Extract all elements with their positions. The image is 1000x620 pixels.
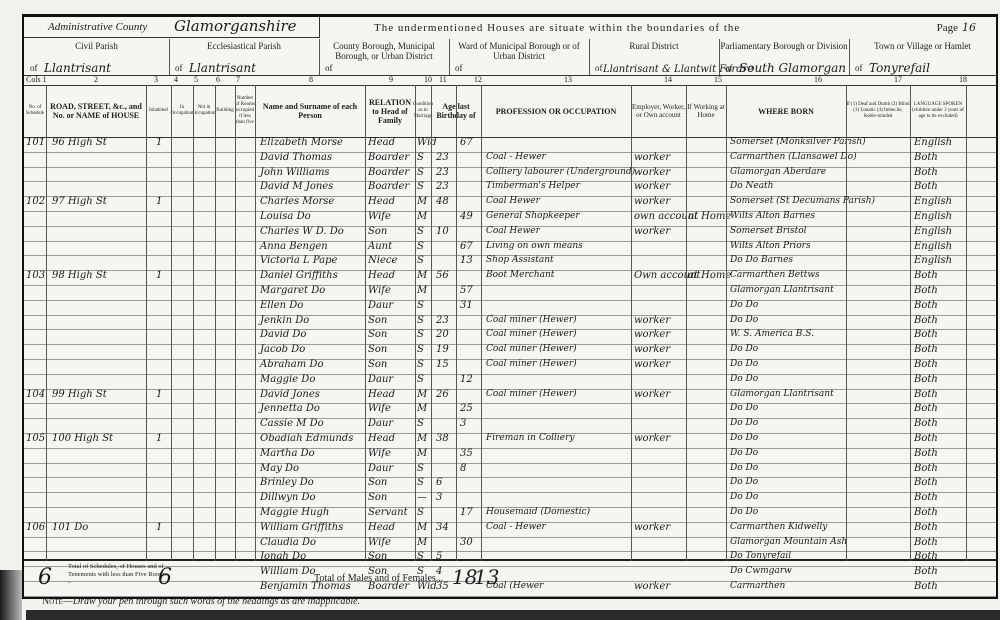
address: 97 High St (52, 196, 107, 207)
person-name: Obadiah Edmunds (260, 433, 353, 444)
person-name: Cassie M Do (260, 418, 324, 429)
header-building: Building (215, 85, 236, 137)
schedule-number: 103 (26, 270, 45, 281)
col-num: 6 (216, 75, 220, 84)
person-name: Maggie Hugh (260, 507, 329, 518)
relation: Wife (368, 285, 391, 296)
grid-line (686, 85, 687, 561)
marital-condition: M (417, 270, 427, 281)
language: Both (914, 537, 938, 548)
marital-condition: S (417, 152, 424, 163)
grid-line (631, 85, 632, 561)
grid-line (726, 85, 727, 561)
relation: Son (368, 359, 387, 370)
where-born: Do Do (730, 463, 758, 473)
marital-condition: M (417, 285, 427, 296)
table-row: Claudia DoWifeM30Glamorgan Mountain AshB… (24, 537, 996, 553)
col-num: 5 (194, 75, 198, 84)
marital-condition: S (417, 329, 424, 340)
employer-status: worker (634, 196, 670, 207)
header-not-in-occupation: Not in Occupation (193, 85, 216, 137)
table-row: Margaret DoWifeM57Glamorgan LlantrisantB… (24, 285, 996, 301)
relation: Son (368, 315, 387, 326)
marital-condition: S (417, 463, 424, 474)
employer-status: worker (634, 181, 670, 192)
where-born: Do Do (730, 359, 758, 369)
language: Both (914, 389, 938, 400)
col-num: 7 (236, 75, 240, 84)
address: 101 Do (52, 522, 88, 533)
marital-condition: S (417, 477, 424, 488)
age-male: 3 (436, 492, 442, 503)
marital-condition: M (417, 522, 427, 533)
header-name: Name and Surname of each Person (255, 85, 366, 137)
language: Both (914, 344, 938, 355)
language: Both (914, 285, 938, 296)
where-born: Glamorgan Aberdare (730, 167, 826, 177)
language: English (914, 241, 952, 252)
table-row: 106101 Do1William GriffithsHeadM34Coal -… (24, 522, 996, 538)
relation: Daur (368, 374, 393, 385)
table-row: Martha DoWifeM35Do DoBoth (24, 448, 996, 464)
grid-line (846, 85, 847, 561)
relation: Head (368, 196, 395, 207)
marital-condition: S (417, 359, 424, 370)
age-male: 6 (436, 477, 442, 488)
person-name: Jennetta Do (260, 403, 320, 414)
person-name: Charles W D. Do (260, 226, 344, 237)
grid-line (966, 85, 967, 561)
inhabited: 1 (156, 522, 162, 533)
marital-condition: M (417, 448, 427, 459)
grid-line (235, 85, 236, 561)
employer-status: worker (634, 359, 670, 370)
working-at-home: at Home (688, 211, 731, 222)
table-row: Jennetta DoWifeM25Do DoBoth (24, 403, 996, 419)
total-schedules: 6 (38, 565, 52, 590)
age-male: 26 (436, 389, 449, 400)
relation: Head (368, 522, 395, 533)
occupation: General Shopkeeper (486, 211, 580, 221)
where-born: Carmarthen (Llansawel Do) (730, 152, 857, 162)
person-name: Martha Do (260, 448, 315, 459)
person-name: Margaret Do (260, 285, 325, 296)
language: Both (914, 374, 938, 385)
relation: Niece (368, 255, 397, 266)
age-male: 34 (436, 522, 449, 533)
occupation: Coal miner (Hewer) (486, 315, 577, 325)
where-born: Do Do (730, 300, 758, 310)
header-where-born: WHERE BORN (726, 85, 847, 137)
of-label: of (595, 63, 603, 73)
inhabited: 1 (156, 137, 162, 148)
marital-condition: S (417, 344, 424, 355)
table-row: Victoria L PapeNieceS13Shop AssistantDo … (24, 255, 996, 271)
ecclesiastical-parish-label: Ecclesiastical Parish (169, 39, 319, 51)
table-row: Louisa DoWifeM49General Shopkeeperown ac… (24, 211, 996, 227)
relation: Son (368, 226, 387, 237)
occupation: Coal miner (Hewer) (486, 329, 577, 339)
table-row: David DoSonS20Coal miner (Hewer)workerW.… (24, 329, 996, 345)
parliamentary-division-value: South Glamorgan (739, 61, 846, 75)
language: Both (914, 477, 938, 488)
language: Both (914, 152, 938, 163)
where-born: Do Do (730, 477, 758, 487)
header-relation: RELATION to Head of Family (365, 85, 416, 137)
inhabited: 1 (156, 270, 162, 281)
marital-condition: S (417, 226, 424, 237)
table-row: 10499 High St1David JonesHeadM26Coal min… (24, 389, 996, 405)
where-born: Do Do (730, 433, 758, 443)
grid-line (255, 85, 256, 561)
where-born: Do Do (730, 315, 758, 325)
relation: Servant (368, 507, 408, 518)
age-female: 67 (460, 137, 473, 148)
where-born: Do Do Barnes (730, 255, 793, 265)
rural-district-label: Rural District (589, 39, 719, 51)
occupation: Shop Assistant (486, 255, 554, 265)
marital-condition: M (417, 389, 427, 400)
person-name: David Thomas (260, 152, 332, 163)
age-female: 30 (460, 537, 473, 548)
occupation: Coal - Hewer (486, 152, 546, 162)
town-village-label: Town or Village or Hamlet (849, 39, 996, 51)
col-num: 12 (474, 75, 482, 84)
col-num: 11 (439, 75, 447, 84)
language: Both (914, 522, 938, 533)
person-name: David M Jones (260, 181, 333, 192)
age-female: 12 (460, 374, 473, 385)
age-male: 23 (436, 167, 449, 178)
age-male: 15 (436, 359, 449, 370)
where-born: Do Neath (730, 181, 773, 191)
civil-parish-value: Llantrisant (44, 61, 111, 75)
occupation: Coal miner (Hewer) (486, 389, 577, 399)
relation: Head (368, 389, 395, 400)
age-female: 25 (460, 403, 473, 414)
schedule-number: 101 (26, 137, 45, 148)
person-name: David Do (260, 329, 306, 340)
where-born: Wilts Alton Barnes (730, 211, 815, 221)
relation: Wife (368, 403, 391, 414)
language: Both (914, 167, 938, 178)
person-name: Claudia Do (260, 537, 316, 548)
grid-line (431, 85, 432, 561)
note-text: Draw your pen through such words of the … (73, 596, 360, 607)
marital-condition: S (417, 241, 424, 252)
col-num: 9 (389, 75, 393, 84)
undermentioned-text: The undermentioned Houses are situate wi… (374, 22, 740, 34)
table-row: Abraham DoSonS15Coal miner (Hewer)worker… (24, 359, 996, 375)
where-born: Somerset Bristol (730, 226, 807, 236)
age-female: 35 (460, 448, 473, 459)
table-row: Ellen DoDaurS31Do DoBoth (24, 300, 996, 316)
column-header-row: No. of Schedule ROAD, STREET, &c., and N… (24, 85, 996, 138)
person-name: Jacob Do (260, 344, 305, 355)
employer-status: worker (634, 167, 670, 178)
ward: Ward of Municipal Borough or of Urban Di… (449, 39, 590, 75)
marital-condition: S (417, 374, 424, 385)
header-at-home: If Working at Home (686, 85, 727, 137)
grid-line (171, 85, 172, 561)
table-row: 10297 High St1Charles MorseHeadM48Coal H… (24, 196, 996, 212)
person-name: Victoria L Pape (260, 255, 337, 266)
employer-status: worker (634, 344, 670, 355)
census-page: Administrative County Glamorganshire The… (22, 14, 998, 599)
employer-status: worker (634, 226, 670, 237)
header-condition: Condition as to Marriage (415, 85, 432, 137)
marital-condition: M (417, 196, 427, 207)
grid-line (910, 85, 911, 561)
age-male: 10 (436, 226, 449, 237)
district-row: Civil Parish of Llantrisant Ecclesiastic… (24, 39, 996, 76)
person-name: Anna Bengen (260, 241, 328, 252)
person-name: May Do (260, 463, 299, 474)
where-born: W. S. America B.S. (730, 329, 814, 339)
age-female: 17 (460, 507, 473, 518)
relation: Daur (368, 463, 393, 474)
where-born: Do Do (730, 507, 758, 517)
inhabited: 1 (156, 196, 162, 207)
of-label: of (30, 63, 38, 73)
language: Both (914, 507, 938, 518)
marital-condition: M (417, 537, 427, 548)
address: 100 High St (52, 433, 113, 444)
table-row: Brinley DoSonS6Do DoBoth (24, 477, 996, 493)
page-label: Page (937, 22, 958, 34)
relation: Daur (368, 418, 393, 429)
relation: Head (368, 433, 395, 444)
age-male: 48 (436, 196, 449, 207)
occupation: Boot Merchant (486, 270, 554, 280)
where-born: Do Do (730, 418, 758, 428)
marital-condition: S (417, 167, 424, 178)
age-female: 49 (460, 211, 473, 222)
person-name: Ellen Do (260, 300, 303, 311)
relation: Son (368, 329, 387, 340)
of-label: of (455, 63, 463, 73)
table-row: 105100 High St1Obadiah EdmundsHeadM38Fir… (24, 433, 996, 449)
col-num: 10 (424, 75, 432, 84)
age-male: 19 (436, 344, 449, 355)
relation: Son (368, 477, 387, 488)
marital-condition: M (417, 403, 427, 414)
schedule-number: 102 (26, 196, 45, 207)
occupation: Housemaid (Domestic) (486, 507, 590, 517)
grid-line (215, 85, 216, 561)
total-schedules-label: Total of Schedules, of Houses and of Ten… (68, 563, 168, 586)
language: English (914, 137, 952, 148)
occupation: Coal miner (Hewer) (486, 359, 577, 369)
title-row: Administrative County Glamorganshire The… (24, 17, 996, 39)
of-label: of (725, 63, 733, 73)
address: 98 High St (52, 270, 107, 281)
table-row: David ThomasBoarderS23Coal - Hewerworker… (24, 152, 996, 168)
grid-line (481, 85, 482, 561)
table-row: Dillwyn DoSon—3Do DoBoth (24, 492, 996, 508)
relation: Boarder (368, 167, 409, 178)
marital-condition: S (417, 255, 424, 266)
col-num: 4 (174, 75, 178, 84)
relation: Head (368, 137, 395, 148)
relation: Boarder (368, 152, 409, 163)
table-row: Charles W D. DoSonS10Coal HewerworkerSom… (24, 226, 996, 242)
total-houses: 6 (158, 565, 172, 590)
grid-line (456, 85, 457, 561)
language: English (914, 226, 952, 237)
col-num: 13 (564, 75, 572, 84)
language: Both (914, 315, 938, 326)
civil-parish-label: Civil Parish (24, 39, 169, 51)
where-born: Glamorgan Llantrisant (730, 389, 834, 399)
occupation: Timberman's Helper (486, 181, 580, 191)
age-female: 8 (460, 463, 466, 474)
header-occupation: PROFESSION OR OCCUPATION (481, 85, 632, 137)
col-num: 2 (94, 75, 98, 84)
grid-line (46, 85, 47, 561)
person-name: John Williams (260, 167, 330, 178)
age-female: 3 (460, 418, 466, 429)
relation: Daur (368, 300, 393, 311)
age-female: 13 (460, 255, 473, 266)
address: 96 High St (52, 137, 107, 148)
occupation: Coal Hewer (486, 226, 540, 236)
age-male: 20 (436, 329, 449, 340)
marital-condition: Wid (417, 137, 437, 148)
table-row: David M JonesBoarderS23Timberman's Helpe… (24, 181, 996, 197)
employer-status: worker (634, 389, 670, 400)
relation: Aunt (368, 241, 392, 252)
employer-status: worker (634, 433, 670, 444)
employer-status: worker (634, 329, 670, 340)
col-num: 18 (959, 75, 967, 84)
working-at-home: at Home (688, 270, 731, 281)
person-name: David Jones (260, 389, 320, 400)
total-females: 13 (474, 565, 499, 589)
col-num: 15 (714, 75, 722, 84)
person-name: Abraham Do (260, 359, 323, 370)
marital-condition: S (417, 300, 424, 311)
language: Both (914, 433, 938, 444)
header-in-occupation: In Occupation (171, 85, 194, 137)
county-borough: County Borough, Municipal Borough, or Ur… (319, 39, 450, 75)
col-num: 8 (309, 75, 313, 84)
header-employer: Employer, Worker, or Own account (631, 85, 687, 137)
age-male: 38 (436, 433, 449, 444)
occupation: Colliery labourer (Underground) (486, 167, 635, 177)
person-name: Maggie Do (260, 374, 315, 385)
address: 99 High St (52, 389, 107, 400)
rural-district: Rural District of Llantrisant & Llantwit… (589, 39, 720, 75)
of-label: of (175, 63, 183, 73)
relation: Boarder (368, 181, 409, 192)
col-num: 14 (664, 75, 672, 84)
inhabited: 1 (156, 433, 162, 444)
marital-condition: M (417, 211, 427, 222)
col-num: 16 (814, 75, 822, 84)
header-language: LANGUAGE SPOKEN (children under 3 years … (910, 85, 967, 137)
col-num: 3 (154, 75, 158, 84)
grid-line (146, 85, 147, 561)
employer-status: worker (634, 522, 670, 533)
town-village-value: Tonyrefail (869, 61, 930, 75)
language: Both (914, 329, 938, 340)
of-label: of (855, 63, 863, 73)
parliamentary-division-label: Parliamentary Borough or Division (719, 39, 849, 51)
person-name: Charles Morse (260, 196, 334, 207)
admin-county-box: Administrative County Glamorganshire (24, 17, 320, 38)
table-row: Anna BengenAuntS67Living on own meansWil… (24, 241, 996, 257)
of-label: of (325, 63, 333, 73)
person-name: Brinley Do (260, 477, 314, 488)
where-born: Do Do (730, 374, 758, 384)
where-born: Do Do (730, 492, 758, 502)
admin-county-value: Glamorganshire (174, 17, 297, 35)
table-row: 10398 High St1Daniel GriffithsHeadM56Boo… (24, 270, 996, 286)
header-road: ROAD, STREET, &c., and No. or NAME of HO… (46, 85, 147, 137)
where-born: Glamorgan Mountain Ash (730, 537, 847, 547)
age-female: 31 (460, 300, 473, 311)
table-row: 10196 High St1Elizabeth MorseHeadWid67So… (24, 137, 996, 153)
header-rooms: Number of Rooms occupied if less than fi… (235, 85, 256, 137)
language: Both (914, 492, 938, 503)
table-row: John WilliamsBoarderS23Colliery labourer… (24, 167, 996, 183)
col-num: Cols 1 (26, 75, 47, 84)
page-number: Page16 (933, 21, 976, 34)
table-row: Jacob DoSonS19Coal miner (Hewer)workerDo… (24, 344, 996, 360)
person-name: Daniel Griffiths (260, 270, 338, 281)
language: English (914, 255, 952, 266)
occupation: Living on own means (486, 241, 583, 251)
age-male: 23 (436, 181, 449, 192)
relation: Head (368, 270, 395, 281)
header-inhabited: Inhabited (146, 85, 172, 137)
occupation: Coal - Hewer (486, 522, 546, 532)
town-village: Town or Village or Hamlet of Tonyrefail (849, 39, 996, 75)
age-male: 23 (436, 315, 449, 326)
marital-condition: S (417, 418, 424, 429)
relation: Son (368, 492, 387, 503)
civil-parish: Civil Parish of Llantrisant (24, 39, 170, 75)
header-infirmity: If (1) Deaf and Dumb (2) Blind (3) Lunat… (846, 85, 911, 137)
ecclesiastical-parish: Ecclesiastical Parish of Llantrisant (169, 39, 320, 75)
where-born: Do Do (730, 403, 758, 413)
where-born: Glamorgan Llantrisant (730, 285, 834, 295)
occupation: Coal miner (Hewer) (486, 344, 577, 354)
where-born: Carmarthen Bettws (730, 270, 820, 280)
marital-condition: S (417, 507, 424, 518)
age-female: 67 (460, 241, 473, 252)
relation: Wife (368, 537, 391, 548)
where-born: Carmarthen Kidwelly (730, 522, 827, 532)
age-male: 23 (436, 152, 449, 163)
ward-label: Ward of Municipal Borough or of Urban Di… (449, 39, 589, 61)
col-num: 17 (894, 75, 902, 84)
person-name: William Griffiths (260, 522, 343, 533)
footnote: Note—Draw your pen through such words of… (42, 596, 360, 607)
language: Both (914, 448, 938, 459)
schedule-number: 105 (26, 433, 45, 444)
county-borough-label: County Borough, Municipal Borough, or Ur… (319, 39, 449, 61)
page-edge-shadow (0, 570, 22, 620)
table-row: Maggie DoDaurS12Do DoBoth (24, 374, 996, 390)
page-number-value: 16 (962, 21, 976, 34)
where-born: Do Do (730, 344, 758, 354)
employer-status: worker (634, 315, 670, 326)
age-female: 57 (460, 285, 473, 296)
table-row: Cassie M DoDaurS3Do DoBoth (24, 418, 996, 434)
inhabited: 1 (156, 389, 162, 400)
